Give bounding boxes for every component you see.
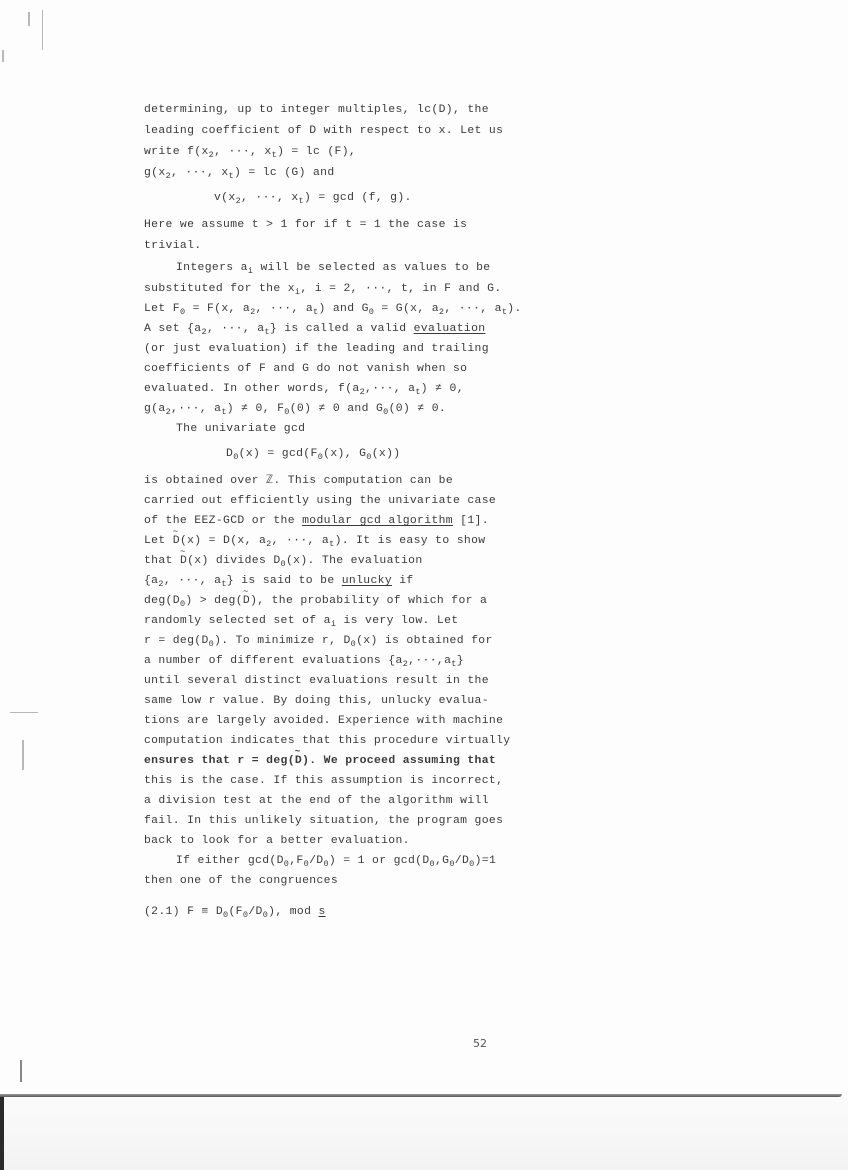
text-line: fail. In this unlikely situation, the pr…: [144, 814, 503, 828]
text-line: determining, up to integer multiples, lc…: [144, 103, 489, 117]
scan-mark: [2, 50, 4, 62]
text-line: coefficients of F and G do not vanish wh…: [144, 362, 467, 376]
text-line: that D(x) divides D0(x). The evaluation: [144, 554, 423, 568]
text-line: If either gcd(D0,F0/D0) = 1 or gcd(D0,G0…: [144, 854, 496, 868]
scanner-border: [0, 1097, 4, 1170]
equation: D0(x) = gcd(F0(x), G0(x)): [144, 447, 400, 461]
text-line: tions are largely avoided. Experience wi…: [144, 714, 503, 728]
text-line: g(a2,···, at) ≠ 0, F0(0) ≠ 0 and G0(0) ≠…: [144, 402, 446, 416]
text-line: carried out efficiently using the univar…: [144, 494, 496, 508]
text-line: The univariate gcd: [144, 422, 305, 436]
text-line: computation indicates that this procedur…: [144, 734, 510, 748]
text-line: Let D(x) = D(x, a2, ···, at). It is easy…: [144, 534, 485, 548]
text-line: deg(D0) > deg(D), the probability of whi…: [144, 594, 487, 608]
text-line: {a2, ···, at} is said to be unlucky if: [144, 574, 414, 588]
underlined-term: unlucky: [342, 575, 392, 587]
text-line: of the EEZ-GCD or the modular gcd algori…: [144, 514, 489, 528]
text-line: r = deg(D0). To minimize r, D0(x) is obt…: [144, 634, 493, 648]
text-line: leading coefficient of D with respect to…: [144, 124, 503, 138]
text-line: a number of different evaluations {a2,··…: [144, 654, 464, 668]
text-line: then one of the congruences: [144, 874, 338, 888]
text-line: this is the case. If this assumption is …: [144, 774, 503, 788]
text-line: Here we assume t > 1 for if t = 1 the ca…: [144, 218, 467, 232]
text-line: is obtained over ℤ. This computation can…: [144, 474, 453, 488]
scan-mark: [22, 740, 24, 770]
underlined-term: modular gcd algorithm: [302, 515, 453, 527]
equation: v(x2, ···, xt) = gcd (f, g).: [144, 191, 412, 205]
scan-mark: [20, 1060, 22, 1082]
text-line: back to look for a better evaluation.: [144, 834, 410, 848]
page-number: 52: [473, 1037, 487, 1050]
text-line: A set {a2, ···, at} is called a valid ev…: [144, 322, 485, 336]
scanner-bed: [0, 1097, 848, 1170]
text-line: ensures that r = deg(D). We proceed assu…: [144, 754, 496, 768]
text-line: substituted for the xi, i = 2, ···, t, i…: [144, 282, 502, 296]
text-line: randomly selected set of ai is very low.…: [144, 614, 458, 628]
text-line: (or just evaluation) if the leading and …: [144, 342, 489, 356]
text-line: a division test at the end of the algori…: [144, 794, 489, 808]
underlined-term: evaluation: [414, 323, 486, 335]
text-line: evaluated. In other words, f(a2,···, at)…: [144, 382, 464, 396]
text-line: Integers ai will be selected as values t…: [144, 261, 490, 275]
scan-mark: [10, 712, 38, 713]
text-line: same low r value. By doing this, unlucky…: [144, 694, 489, 708]
text-line: until several distinct evaluations resul…: [144, 674, 489, 688]
text-line: trivial.: [144, 239, 201, 253]
scan-mark: [28, 12, 30, 26]
text-line: g(x2, ···, xt) = lc (G) and: [144, 166, 335, 180]
scan-mark: [42, 10, 43, 50]
text-line: write f(x2, ···, xt) = lc (F),: [144, 145, 356, 159]
equation-2-1: (2.1) F ≡ D0(F0/D0), mod s: [144, 905, 326, 919]
scanned-page: determining, up to integer multiples, lc…: [0, 0, 848, 1096]
text-line: Let F0 = F(x, a2, ···, at) and G0 = G(x,…: [144, 302, 522, 316]
